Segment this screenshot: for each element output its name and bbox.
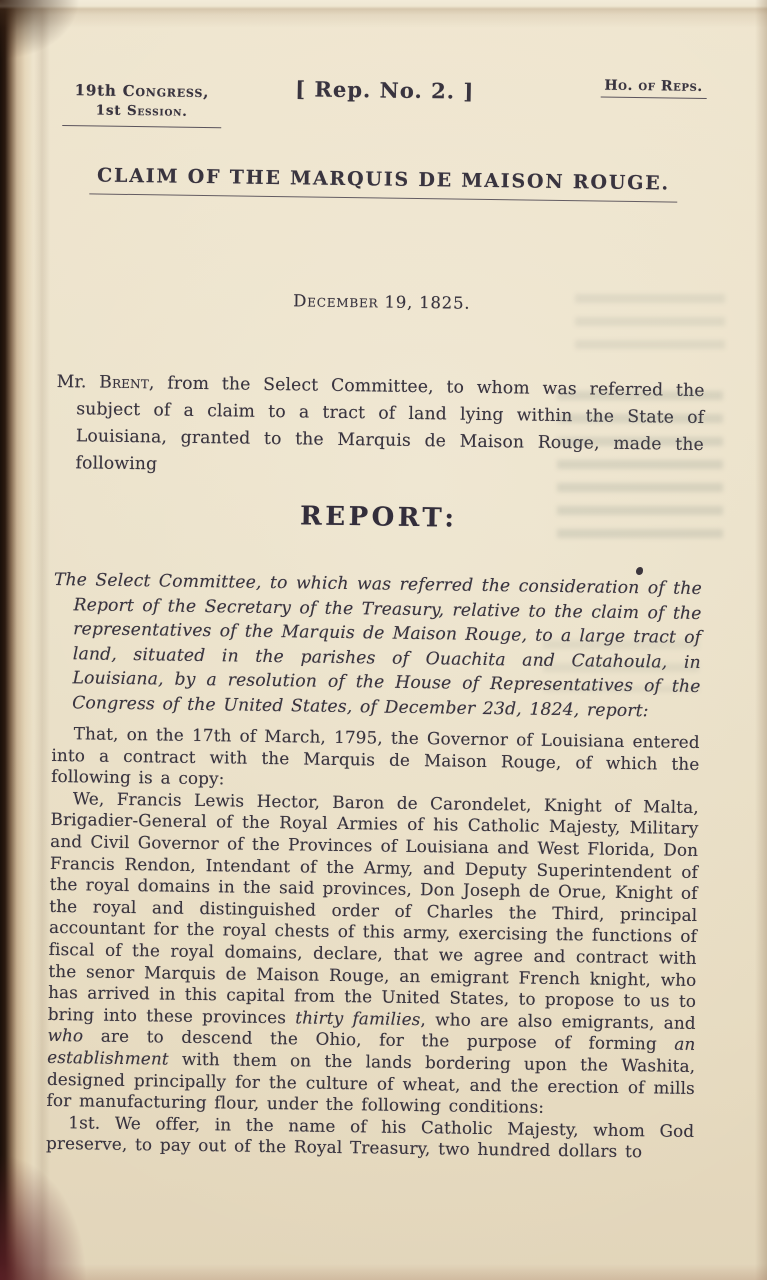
date-line: December 19, 1825. (293, 291, 470, 312)
report-heading-row: REPORT: (55, 498, 703, 537)
page-header: 19th Congress, 1st Session. [ Rep. No. 2… (60, 72, 709, 139)
document-body: That, on the 17th of March, 1795, the Go… (46, 723, 700, 1164)
session-prefix: 1st (96, 102, 127, 118)
paragraph-committee-preamble: The Select Committee, to which was refer… (52, 568, 702, 724)
congress-session-label: 19th Congress, 1st Session. (62, 80, 221, 128)
title-row: CLAIM OF THE MARQUIS DE MAISON ROUGE. (59, 164, 707, 203)
scanned-page: 19th Congress, 1st Session. [ Rep. No. 2… (0, 0, 767, 1280)
report-heading: REPORT: (300, 501, 458, 533)
page-bottom-edge (0, 1264, 767, 1280)
congress-line: 19th Congress, (75, 80, 210, 102)
paragraph-condition-1: 1st. We offer, in the name of his Cathol… (46, 1112, 695, 1164)
report-number: [ Rep. No. 2. ] (295, 76, 474, 103)
paragraph-contract-intro: That, on the 17th of March, 1795, the Go… (51, 723, 700, 797)
congress-prefix: 19th (75, 81, 123, 100)
printed-content: 19th Congress, 1st Session. [ Rep. No. 2… (46, 0, 710, 1164)
chamber-label: Ho. of Reps. (600, 78, 707, 99)
congress-word: Congress, (123, 82, 210, 101)
paragraph-referral: Mr. Brent, from the Select Committee, to… (55, 369, 704, 486)
date-row: December 19, 1825. (58, 288, 706, 316)
page-right-edge (755, 0, 767, 1280)
document-title: CLAIM OF THE MARQUIS DE MAISON ROUGE. (89, 164, 678, 202)
binding-corner-bottom-left (0, 1150, 90, 1280)
paragraph-contract-body: We, Francis Lewis Hector, Baron de Caron… (46, 788, 698, 1121)
session-word: Session. (127, 103, 188, 120)
page-left-edge (0, 0, 46, 1280)
session-line: 1st Session. (74, 100, 209, 122)
